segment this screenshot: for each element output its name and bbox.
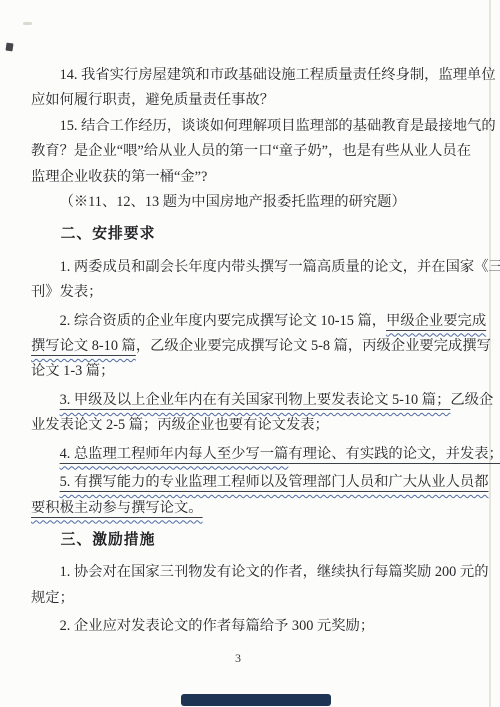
document-line: 要积极主动参与撰写论文。 [31,496,471,521]
item-1-text: 1. 两委成员和副会长年度内带头撰写一篇高质量的论文，并在国家《三 [60,259,500,275]
document-line: 2. 综合资质的企业年度内要完成撰写论文 10-15 篇，甲级企业要完成 [31,309,471,334]
section-heading-text: 二、安排要求 [61,226,156,242]
section-heading-incentives: 三、激励措施 [31,528,471,553]
question-14-text: 应如何履行职责，避免质量责任事故？ [31,92,274,108]
scan-speck-mark [5,43,13,52]
document-line: 2. 企业应对发表论文的作者每篇给予 300 元奖励； [31,614,471,639]
section-heading-text: 三、激励措施 [61,532,156,548]
incentive-1-text: 规定； [31,590,74,606]
item-3-text: 业发表论文 2-5 篇；丙级企业也要有论文发表； [31,417,329,433]
document-line: 刊》发表； [31,280,471,305]
scan-smudge [23,22,32,25]
incentive-2-text: 2. 企业应对发表论文的作者每篇给予 300 元奖励； [60,618,375,634]
document-line: 1. 协会对在国家三刊物发有论文的作者，继续执行每篇奖励 200 元的 [31,560,471,585]
document-line: 论文 1-3 篇； [31,359,471,384]
document-content: 14. 我省实行房屋建筑和市政基础设施工程质量责任终身制，监理单位 应如何履行职… [31,63,471,640]
ink-wavy-underline: 要积极主动参与撰写论文。 [31,500,203,516]
document-line: 教育？是企业“喂”给从业人员的第一口“童子奶”，也是有些从业人员在 [31,139,471,164]
document-line: 15. 结合工作经历，谈谈如何理解项目监理部的基础教育是最接地气的 [31,114,471,139]
question-15-text: 15. 结合工作经历，谈谈如何理解项目监理部的基础教育是最接地气的 [60,118,496,134]
page-number: 3 [0,651,476,666]
section-heading-arrangement: 二、安排要求 [31,222,471,247]
question-14-text: 14. 我省实行房屋建筑和市政基础设施工程质量责任终身制，监理单位 [60,67,496,83]
document-line: 4. 总监理工程师年内每人至少写一篇有理论、有实践的论文，并发表； [31,442,471,467]
underlined-phrase: 甲级企业要完成 [386,313,486,329]
item-2-text: ，乙级企业要完成撰写论文 5-8 篇，丙级企业要完成撰写 [136,338,491,354]
ink-wavy-underline: 4. 总监理工程师年内每人至少写一篇 [60,446,289,462]
item-2-text: 论文 1-3 篇； [31,363,114,379]
item-1-text: 刊》发表； [31,284,102,300]
underlined-phrase: 5. 有撰写能力的专业监理工程师以及管理部门人员和广大从业人员都 [60,474,489,490]
underlined-phrase: 有理论、有实践的论文，并发表； [288,446,500,462]
underlined-phrase: 撰写论文 8-10 篇 [31,338,136,354]
underlined-phrase: 3. 甲级及以上企业年内在有关国家刊物上要发表论文 5-10 篇； [60,392,451,408]
ink-wavy-underline: 5. 有撰写能力的专业监理工程师以及管理部门人员和广大从业人员都 [60,474,489,490]
note-text: （※11、12、13 题为中国房地产报委托监理的研究题） [60,194,406,210]
underlined-phrase: 要积极主动参与撰写论文。 [31,500,203,516]
ink-wavy-underline: 3. 甲级及以上企业年内在有关国家刊物上要发表论文 5-10 篇； [60,392,451,408]
document-line: 监理企业收获的第一桶“金”? [31,165,471,190]
document-line: 规定； [31,586,471,611]
document-line: 1. 两委成员和副会长年度内带头撰写一篇高质量的论文，并在国家《三 [31,255,471,280]
question-15-text: 监理企业收获的第一桶“金”? [31,169,207,185]
bottom-bar [181,694,331,706]
document-line: 撰写论文 8-10 篇，乙级企业要完成撰写论文 5-8 篇，丙级企业要完成撰写 [31,334,471,359]
document-page: 14. 我省实行房屋建筑和市政基础设施工程质量责任终身制，监理单位 应如何履行职… [0,0,500,707]
document-line: 14. 我省实行房屋建筑和市政基础设施工程质量责任终身制，监理单位 [31,63,471,88]
question-15-text: 教育？是企业“喂”给从业人员的第一口“童子奶”，也是有些从业人员在 [31,143,471,159]
document-line: （※11、12、13 题为中国房地产报委托监理的研究题） [31,190,471,215]
underlined-phrase: 4. 总监理工程师年内每人至少写一篇 [60,446,289,462]
document-line: 3. 甲级及以上企业年内在有关国家刊物上要发表论文 5-10 篇；乙级企 [31,388,471,413]
document-line: 业发表论文 2-5 篇；丙级企业也要有论文发表； [31,413,471,438]
incentive-1-text: 1. 协会对在国家三刊物发有论文的作者，继续执行每篇奖励 200 元的 [60,564,489,580]
item-3-text: 乙级企 [450,392,493,408]
document-line: 应如何履行职责，避免质量责任事故？ [31,88,471,113]
ink-wavy-underline: 甲级企业要完成 [386,313,486,329]
ink-wavy-underline: 撰写论文 8-10 篇 [31,338,136,354]
item-2-text: 2. 综合资质的企业年度内要完成撰写论文 10-15 篇， [60,313,386,329]
document-line: 5. 有撰写能力的专业监理工程师以及管理部门人员和广大从业人员都 [31,470,471,495]
